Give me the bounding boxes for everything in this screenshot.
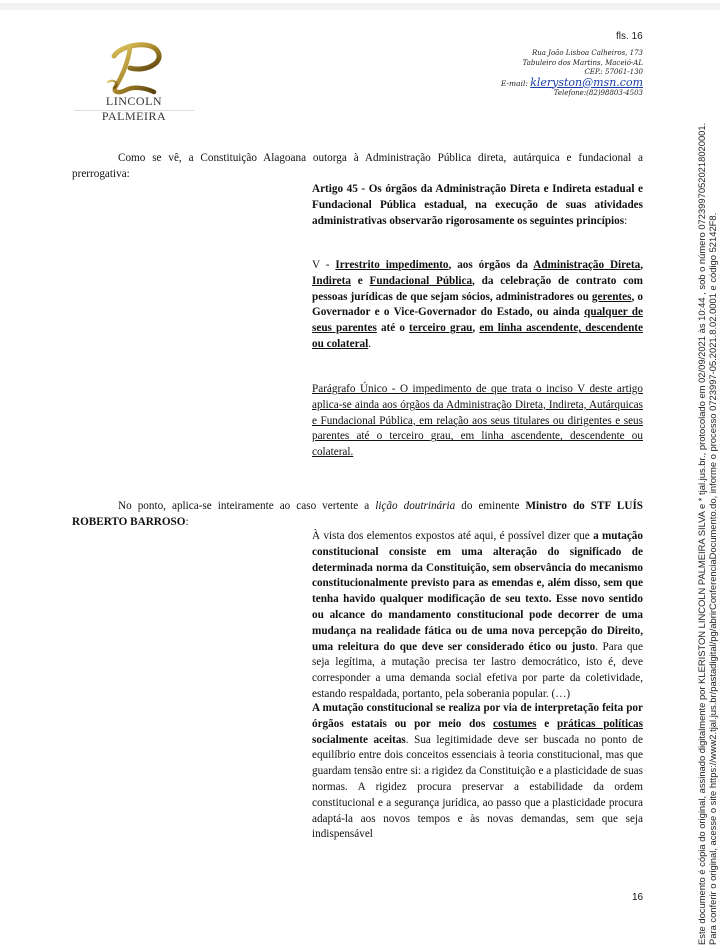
page-number: 16 [632, 892, 643, 903]
logo-name: LINCOLN PALMEIRA [74, 94, 194, 124]
underlined-span: terceiro grau [409, 322, 472, 334]
stamp-line-2: Para conferir o original, acesse o site … [707, 123, 718, 945]
underlined-span: Administração Direta [533, 259, 640, 271]
bold-span: e [537, 718, 557, 730]
address-district: Tabuleiro dos Martins, Maceió-AL [501, 59, 643, 69]
underlined-span: Indireta [312, 275, 351, 287]
bold-underlined-span: costumes [493, 718, 537, 730]
logo-divider [74, 110, 194, 111]
address-phone: Telefone:(82)98803-4503 [501, 89, 643, 99]
bold-underlined-span: práticas políticas [557, 718, 643, 730]
text-span: : [185, 516, 188, 528]
digital-signature-stamp: Este documento é cópia do original, assi… [696, 123, 718, 945]
text-span: . [368, 338, 371, 350]
viewer-top-bar [0, 0, 720, 10]
lp-monogram-icon [74, 38, 194, 96]
quote-barroso-1: À vista dos elementos expostos até aqui,… [312, 529, 643, 703]
address-email-row: E-mail: kleryston@msn.com [501, 78, 643, 90]
underlined-span: Irrestrito impedimento [335, 259, 448, 271]
quote-artigo-45-colon: : [624, 215, 627, 227]
stamp-line-1: Este documento é cópia do original, assi… [696, 123, 707, 945]
bold-span: socialmente aceitas [312, 734, 406, 746]
quote-paragrafo-unico: Parágrafo Único - O impedimento de que t… [312, 382, 643, 461]
text-span: No ponto, aplica-se inteiramente ao caso… [118, 500, 375, 512]
quote-inciso-v: V - Irrestrito impedimento, aos órgãos d… [312, 258, 643, 353]
text-span: V - [312, 259, 335, 271]
text-span: , [640, 259, 643, 271]
address-street: Rua João Lisboa Calheiros, 173 [501, 49, 643, 59]
quote-barroso-2: A mutação constitucional se realiza por … [312, 701, 643, 843]
quote-artigo-45-text: Artigo 45 - Os órgãos da Administração D… [312, 183, 643, 227]
underlined-span: Fundacional Pública [370, 275, 473, 287]
paragraph-intro: Como se vê, a Constituição Alagoana outo… [72, 151, 643, 183]
bold-span: a mutação constitucional consiste em uma… [312, 530, 643, 653]
paragraph-doctrine: No ponto, aplica-se inteiramente ao caso… [72, 499, 643, 531]
text-span: e [351, 275, 370, 287]
firm-logo: LINCOLN PALMEIRA ADVOCACIA [74, 38, 194, 118]
italic-span: lição doutrinária [375, 500, 455, 512]
quote-artigo-45: Artigo 45 - Os órgãos da Administração D… [312, 182, 643, 229]
text-span: . Sua legitimidade deve ser buscada no p… [312, 734, 643, 841]
text-span: do eminente [455, 500, 525, 512]
text-span: até o [377, 322, 409, 334]
email-link[interactable]: kleryston@msn.com [530, 76, 643, 89]
text-span: À vista dos elementos expostos até aqui,… [312, 530, 593, 542]
text-span: , aos órgãos da [449, 259, 534, 271]
letterhead-address: Rua João Lisboa Calheiros, 173 Tabuleiro… [501, 49, 643, 99]
folio-number: fls. 16 [616, 31, 643, 42]
underlined-span: gerentes [592, 291, 632, 303]
logo-subtitle: ADVOCACIA [74, 112, 194, 116]
email-label: E-mail: [501, 79, 528, 88]
